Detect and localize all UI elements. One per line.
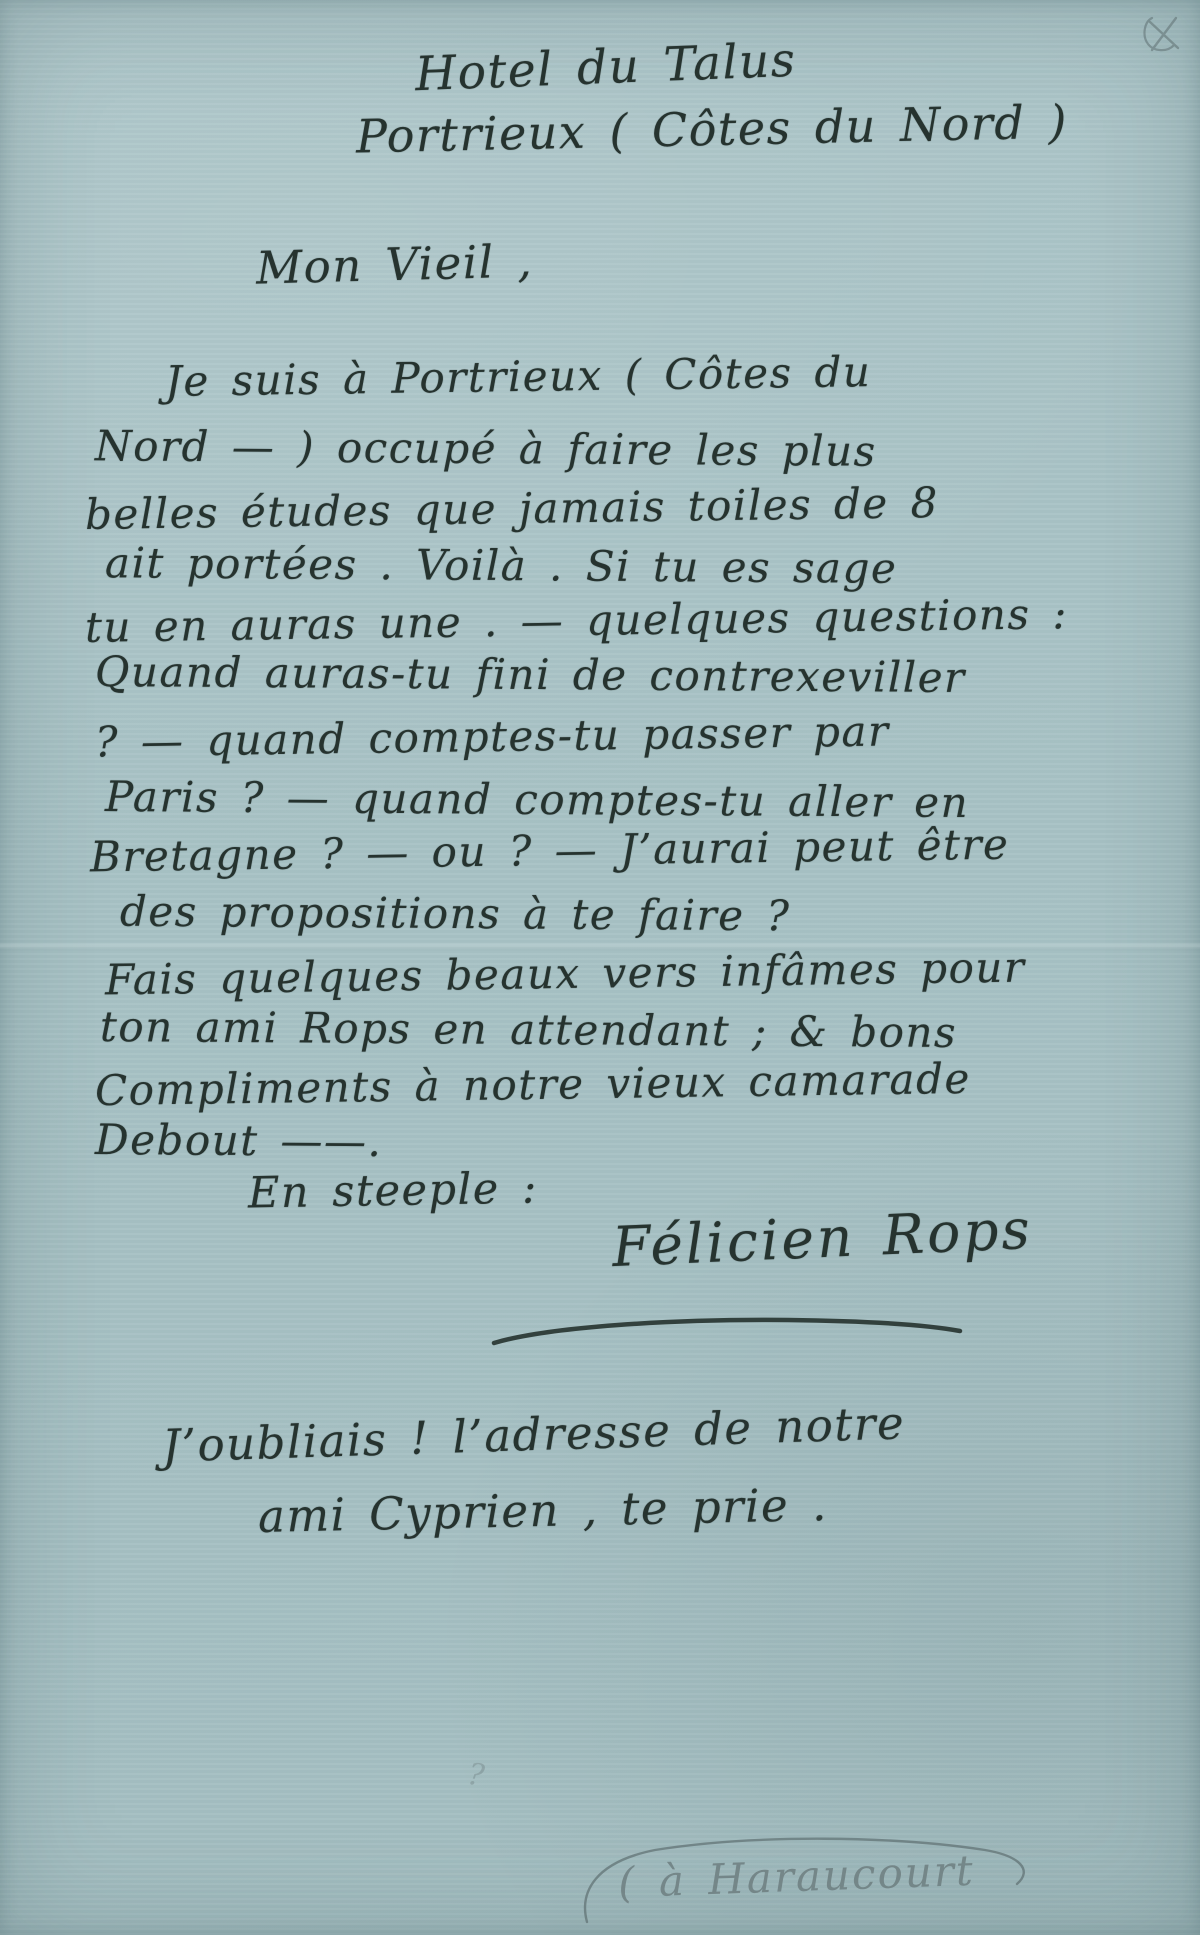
body-line-5: tu en auras une . — quelques questions : <box>85 589 1069 652</box>
letterhead-hotel: Hotel du Talus <box>414 33 797 103</box>
body-line-6: Quand auras-tu fini de contrexeviller <box>95 647 966 702</box>
salutation: Mon Vieil , <box>255 234 533 294</box>
body-line-3: belles études que jamais toiles de 8 <box>85 478 939 539</box>
signature: Félicien Rops <box>611 1197 1034 1279</box>
body-line-12: ton ami Rops en attendant ; & bons <box>100 1002 957 1057</box>
body-line-2: Nord — ) occupé à faire les plus <box>95 421 877 475</box>
letter-page: Hotel du Talus Portrieux ( Côtes du Nord… <box>0 0 1200 1935</box>
body-line-4: ait portées . Voilà . Si tu es sage <box>105 538 898 593</box>
postscript-line-2: ami Cyprien , te prie . <box>258 1478 829 1543</box>
body-line-8: Paris ? — quand comptes-tu aller en <box>105 772 970 827</box>
signature-flourish <box>488 1305 968 1355</box>
body-line-10: des propositions à te faire ? <box>120 887 791 941</box>
letterhead-location: Portrieux ( Côtes du Nord ) <box>356 95 1069 164</box>
body-line-11: Fais quelques beaux vers infâmes pour <box>105 943 1026 1005</box>
closing-line: En steeple : <box>248 1163 539 1218</box>
body-line-7: ? — quand comptes-tu passer par <box>95 706 890 766</box>
body-line-13: Compliments à notre vieux camarade <box>95 1054 971 1115</box>
pencil-x-in-circle-icon <box>1138 8 1190 60</box>
body-line-9: Bretagne ? — ou ? — J’aurai peut être <box>90 820 1010 882</box>
postscript-line-1: J’oubliais ! l’adresse de notre <box>161 1396 905 1472</box>
faint-question-mark: ? <box>466 1757 488 1794</box>
body-line-1: Je suis à Portrieux ( Côtes du <box>165 347 872 406</box>
body-line-14: Debout ——. <box>95 1115 383 1166</box>
